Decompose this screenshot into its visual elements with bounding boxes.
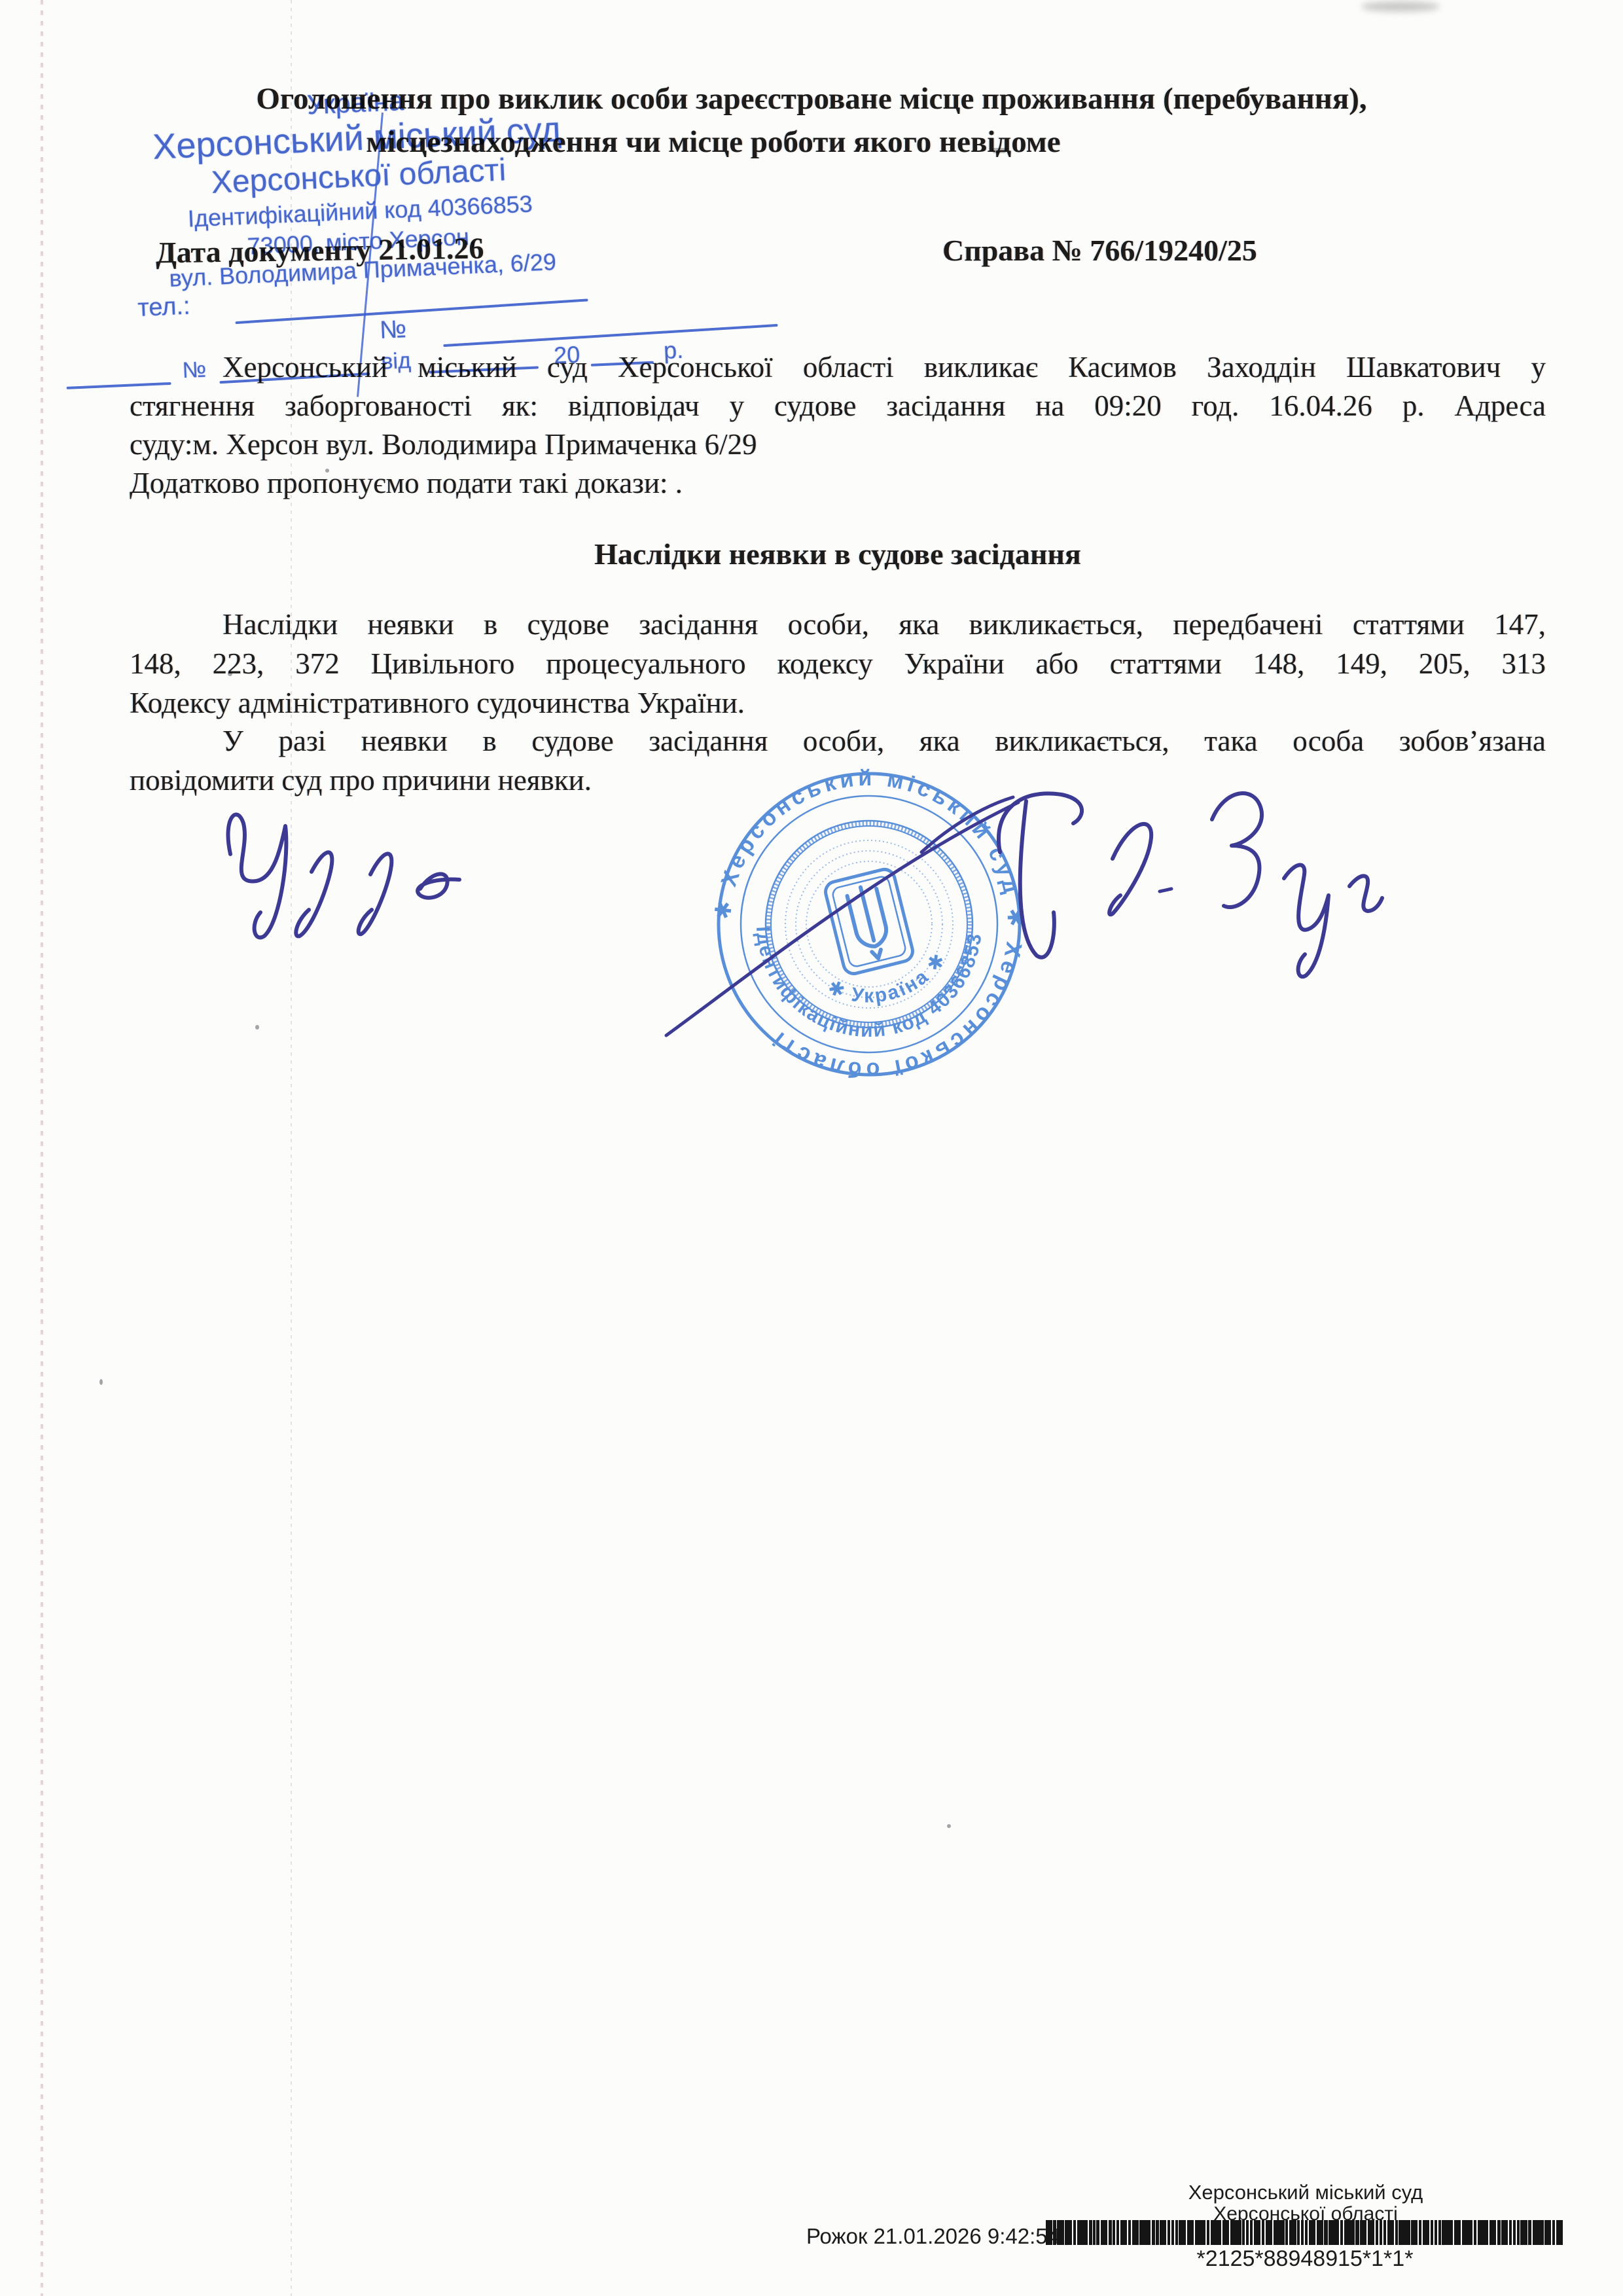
footer-barcode [1046,2220,1564,2245]
scan-smudge-top [1361,1,1440,12]
document-date: Дата документу 21.01.26 [156,231,484,270]
footer-operator-timestamp: Рожок 21.01.2026 9:42:54 [806,2224,1060,2249]
signature-left [228,815,459,938]
text-line: стягнення заборгованості як: відповідач … [130,387,1546,425]
text-line: Кодексу адміністративного судочинства Ук… [130,683,1546,723]
text-line: 148, 223, 372 Цивільного процесуального … [130,644,1546,683]
case-number: Справа № 766/19240/25 [942,233,1257,268]
document-title-line2: місцезнаходження чи місце роботи якого н… [79,120,1348,164]
text-line: У разі неявки в судове засідання особи, … [130,721,1546,761]
document-title-line1: Оголошення про виклик особи зареєстрован… [157,77,1466,120]
footer-court-line1: Херсонський міський суд [1047,2181,1564,2204]
scan-speck [255,1025,259,1030]
scan-speck [99,1379,103,1385]
stamp-number-label: № [379,315,407,345]
scanned-document-page: Україна Херсонський міський суд Херсонсь… [0,0,1623,2296]
section-heading: Наслідки неявки в судове засідання [157,537,1518,571]
text-line: Херсонський міський суд Херсонської обла… [130,348,1546,387]
scan-speck [947,1824,951,1828]
text-line: Додатково пропонуємо подати такі докази:… [130,464,1546,503]
consequences-paragraph: Наслідки неявки в судове засідання особи… [130,605,1546,723]
footer-barcode-text: *2125*88948915*1*1* [1046,2246,1564,2272]
summons-paragraph: Херсонський міський суд Херсонської обла… [130,348,1546,503]
text-line: суду:м. Херсон вул. Володимира Примаченк… [130,425,1546,464]
text-line: Наслідки неявки в судове засідання особи… [130,605,1546,644]
stamp-phone-label: тел.: [137,293,191,323]
round-court-seal: ✱ Херсонський міський суд ✱ Херсонської … [712,767,1026,1081]
scan-streak-left [41,0,43,2296]
trident-emblem-icon [823,867,915,976]
notify-paragraph: У разі неявки в судове засідання особи, … [130,721,1546,800]
text-line: повідомити суд про причини неявки. [130,761,1546,800]
